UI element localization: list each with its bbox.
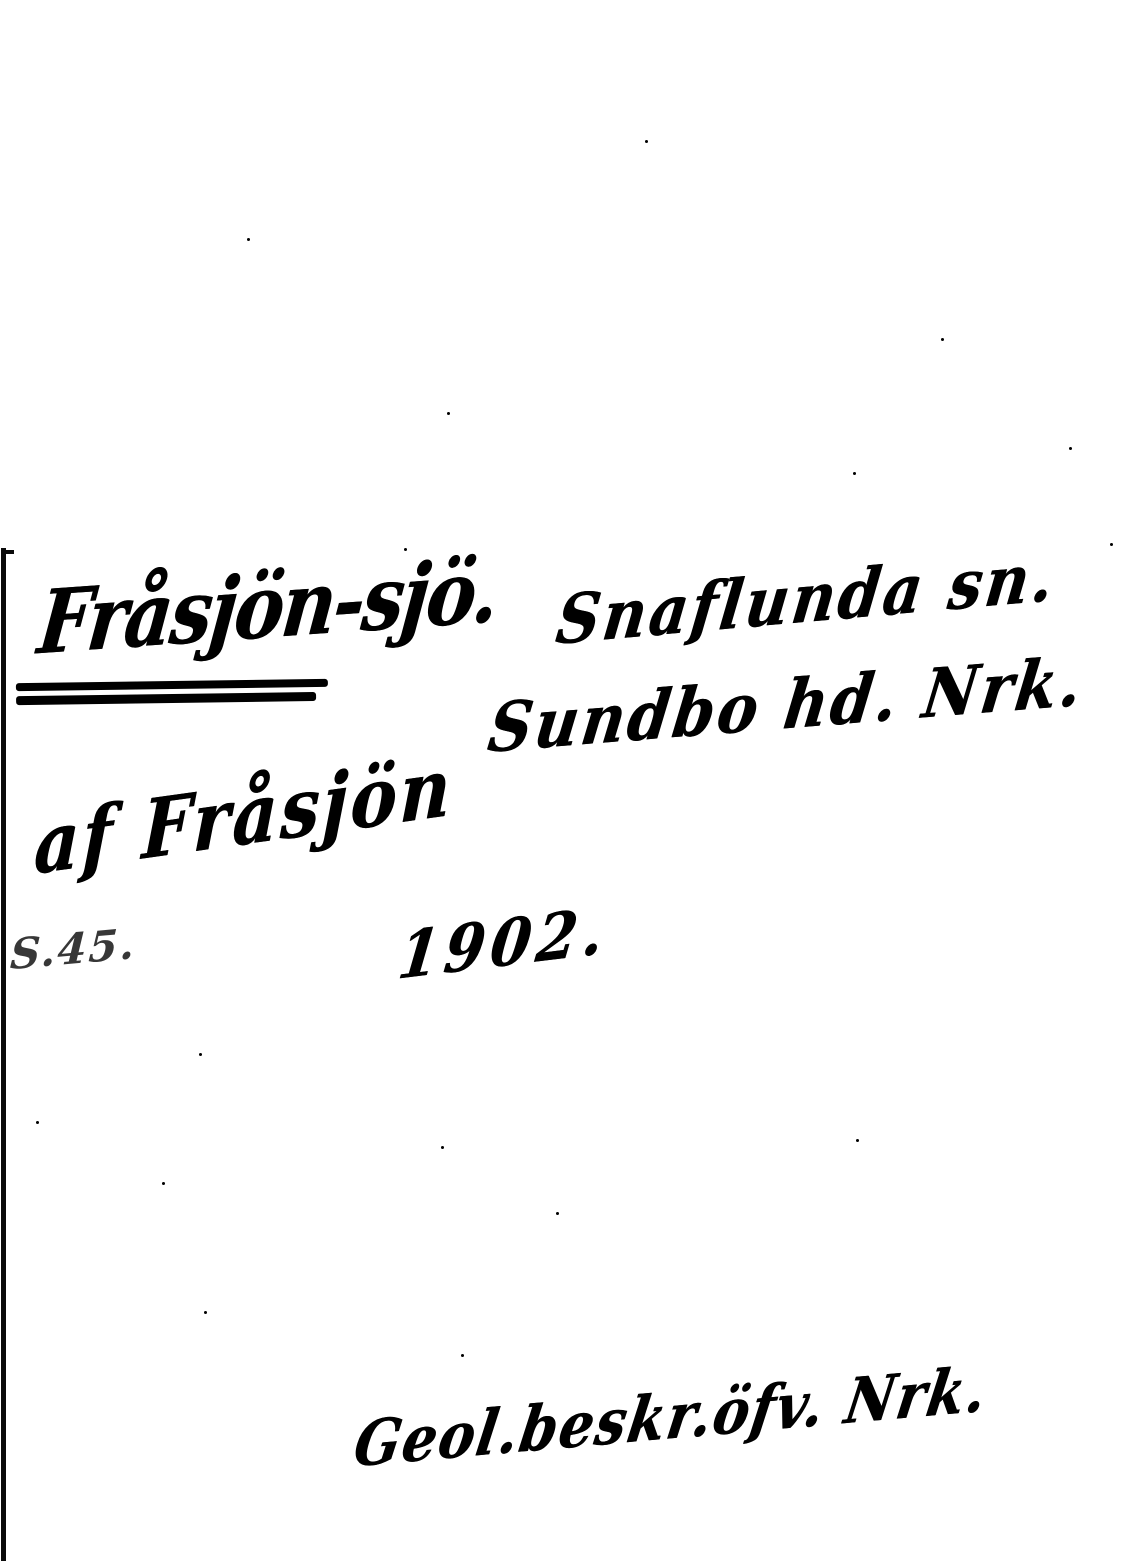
scan-speck: [404, 548, 407, 551]
scan-speck: [556, 1212, 559, 1215]
page-reference: S.45.: [9, 923, 137, 976]
scan-speck: [645, 140, 648, 143]
scan-speck: [856, 1139, 859, 1142]
year-label: 1902.: [395, 898, 613, 989]
scan-speck: [36, 1121, 39, 1124]
source-reference: Geol.beskr.öfv. Nrk.: [350, 1357, 992, 1476]
parish-line: Snaflunda sn.: [553, 543, 1060, 655]
scan-speck: [204, 1311, 207, 1314]
scan-speck: [247, 238, 250, 241]
scan-speck: [1110, 543, 1113, 546]
title-underline: [16, 679, 328, 705]
subtitle-line: af Fråsjön: [33, 746, 455, 887]
title-underline-stroke-2: [16, 692, 316, 705]
left-margin-rule: [1, 548, 6, 1561]
scan-speck: [162, 1182, 165, 1185]
district-line: Sundbo hd. Nrk.: [484, 648, 1088, 763]
scan-speck: [447, 412, 450, 415]
scan-speck: [1069, 447, 1072, 450]
scan-speck: [199, 1053, 202, 1056]
scan-speck: [461, 1354, 464, 1357]
card-title: Fråsjön-sjö.: [34, 547, 501, 667]
title-underline-stroke-1: [16, 679, 328, 691]
scan-speck: [853, 472, 856, 475]
scanned-card: Fråsjön-sjö. Snaflunda sn. Sundbo hd. Nr…: [0, 0, 1129, 1561]
scan-speck: [441, 1146, 444, 1149]
scan-speck: [941, 338, 944, 341]
